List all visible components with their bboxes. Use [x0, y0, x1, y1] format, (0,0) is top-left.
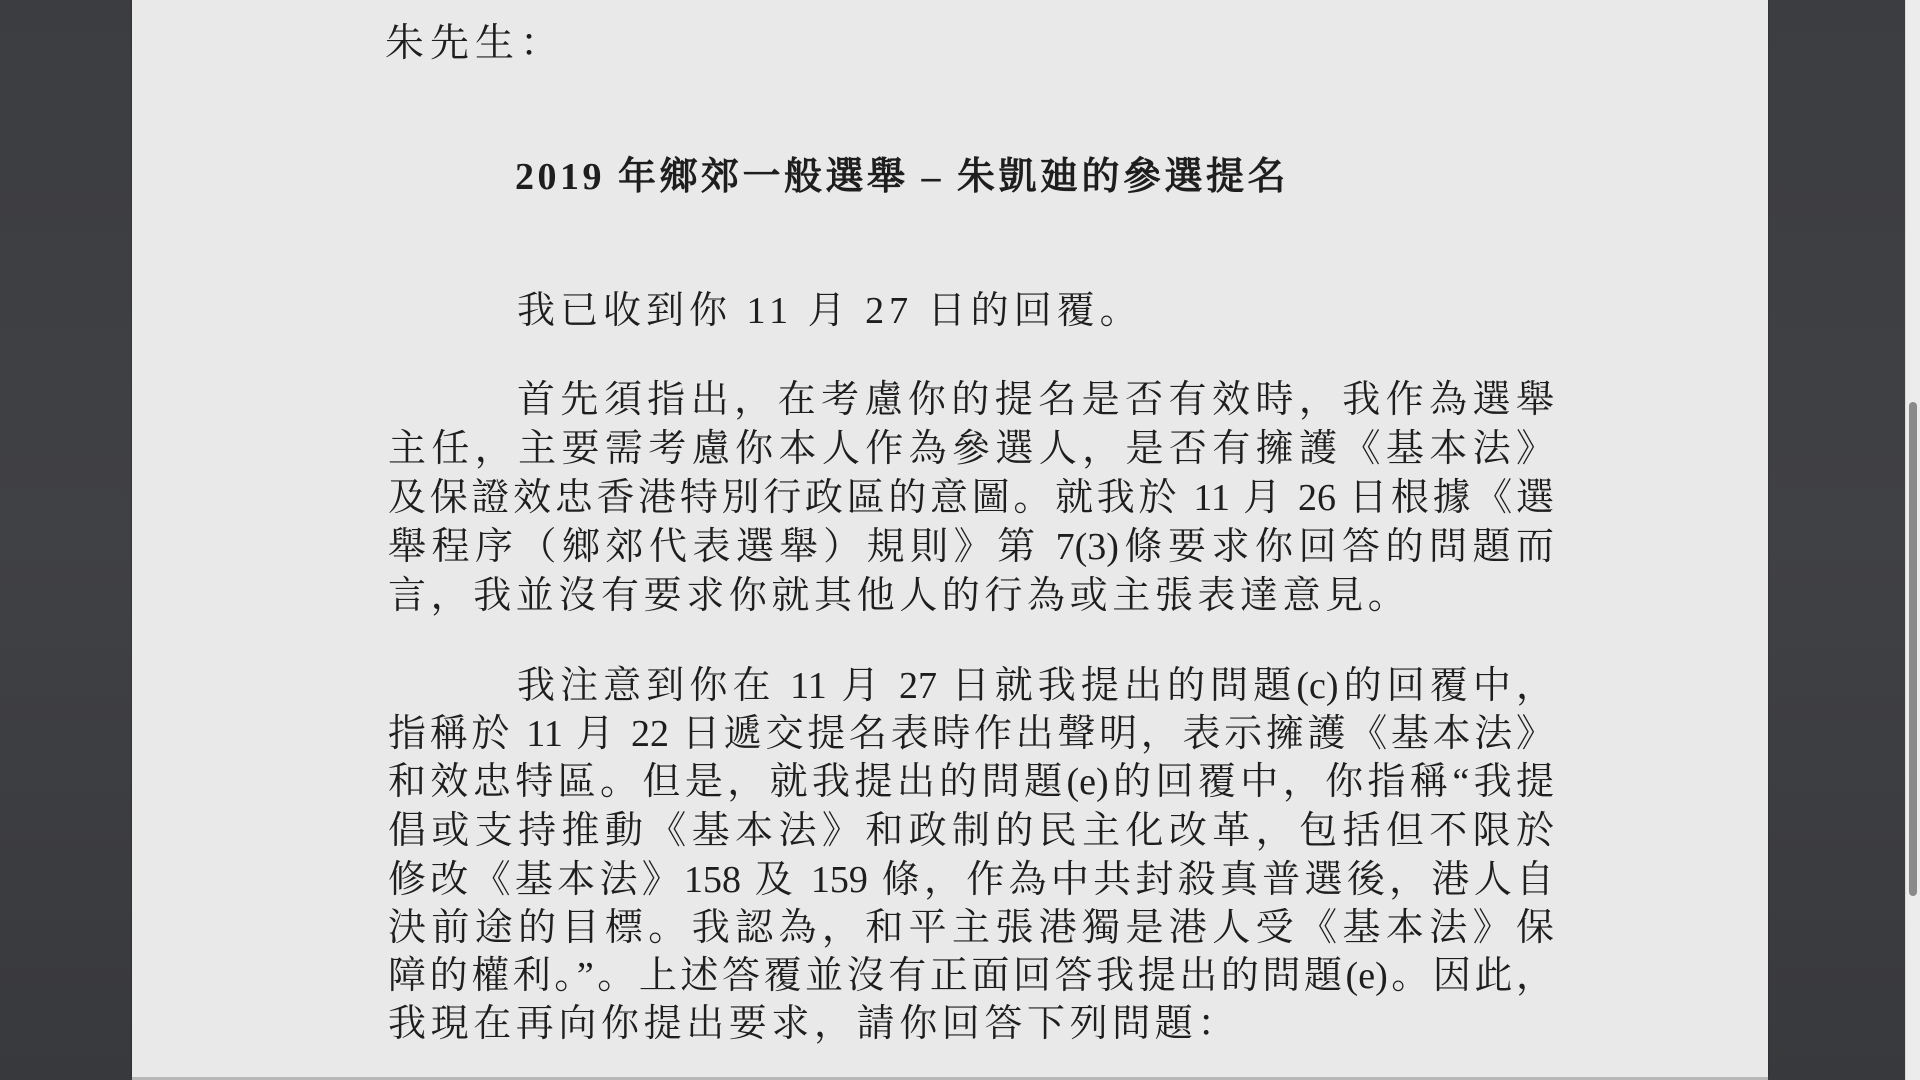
paragraph-line: 首先須指出，在考慮你的提名是否有效時，我作為選舉 — [517, 377, 1554, 423]
paragraph-line: 我注意到你在 11 月 27 日就我提出的問題(c)的回覆中， — [517, 663, 1554, 709]
paragraph-line: 修改《基本法》158 及 159 條，作為中共封殺真普選後，港人自 — [388, 857, 1554, 903]
paragraph-line: 我現在再向你提出要求，請你回答下列問題： — [388, 1001, 1554, 1047]
paragraph-line: 舉程序（鄉郊代表選舉）規則》第 7(3)條要求你回答的問題而 — [388, 524, 1554, 570]
paragraph-line: 和效忠特區。但是，就我提出的問題(e)的回覆中，你指稱“我提 — [388, 759, 1554, 805]
letter-title: 2019 年鄉郊一般選舉 – 朱凱廸的參選提名 — [515, 155, 1289, 199]
paragraph-line: 及保證效忠香港特別行政區的意圖。就我於 11 月 26 日根據《選 — [388, 475, 1554, 521]
paragraph-line: 倡或支持推動《基本法》和政制的民主化改革，包括但不限於 — [388, 808, 1554, 854]
paragraph-line: 主任，主要需考慮你本人作為參選人，是否有擁護《基本法》 — [388, 426, 1554, 472]
paragraph-line: 決前途的目標。我認為，和平主張港獨是港人受《基本法》保 — [388, 905, 1554, 951]
paragraph-line: 指稱於 11 月 22 日遞交提名表時作出聲明，表示擁護《基本法》 — [388, 711, 1554, 757]
scrollbar-thumb[interactable] — [1909, 402, 1917, 896]
vertical-scrollbar[interactable] — [1905, 0, 1920, 1080]
salutation: 朱先生： — [385, 22, 565, 66]
acknowledgement-line: 我已收到你 11 月 27 日的回覆。 — [517, 289, 1143, 333]
paragraph-line: 言，我並沒有要求你就其他人的行為或主張表達意見。 — [388, 573, 1554, 619]
paragraph-line: 障的權利。”。上述答覆並沒有正面回答我提出的問題(e)。因此， — [388, 953, 1554, 999]
document-viewer: 朱先生： 2019 年鄉郊一般選舉 – 朱凱廸的參選提名 我已收到你 11 月 … — [0, 0, 1920, 1080]
